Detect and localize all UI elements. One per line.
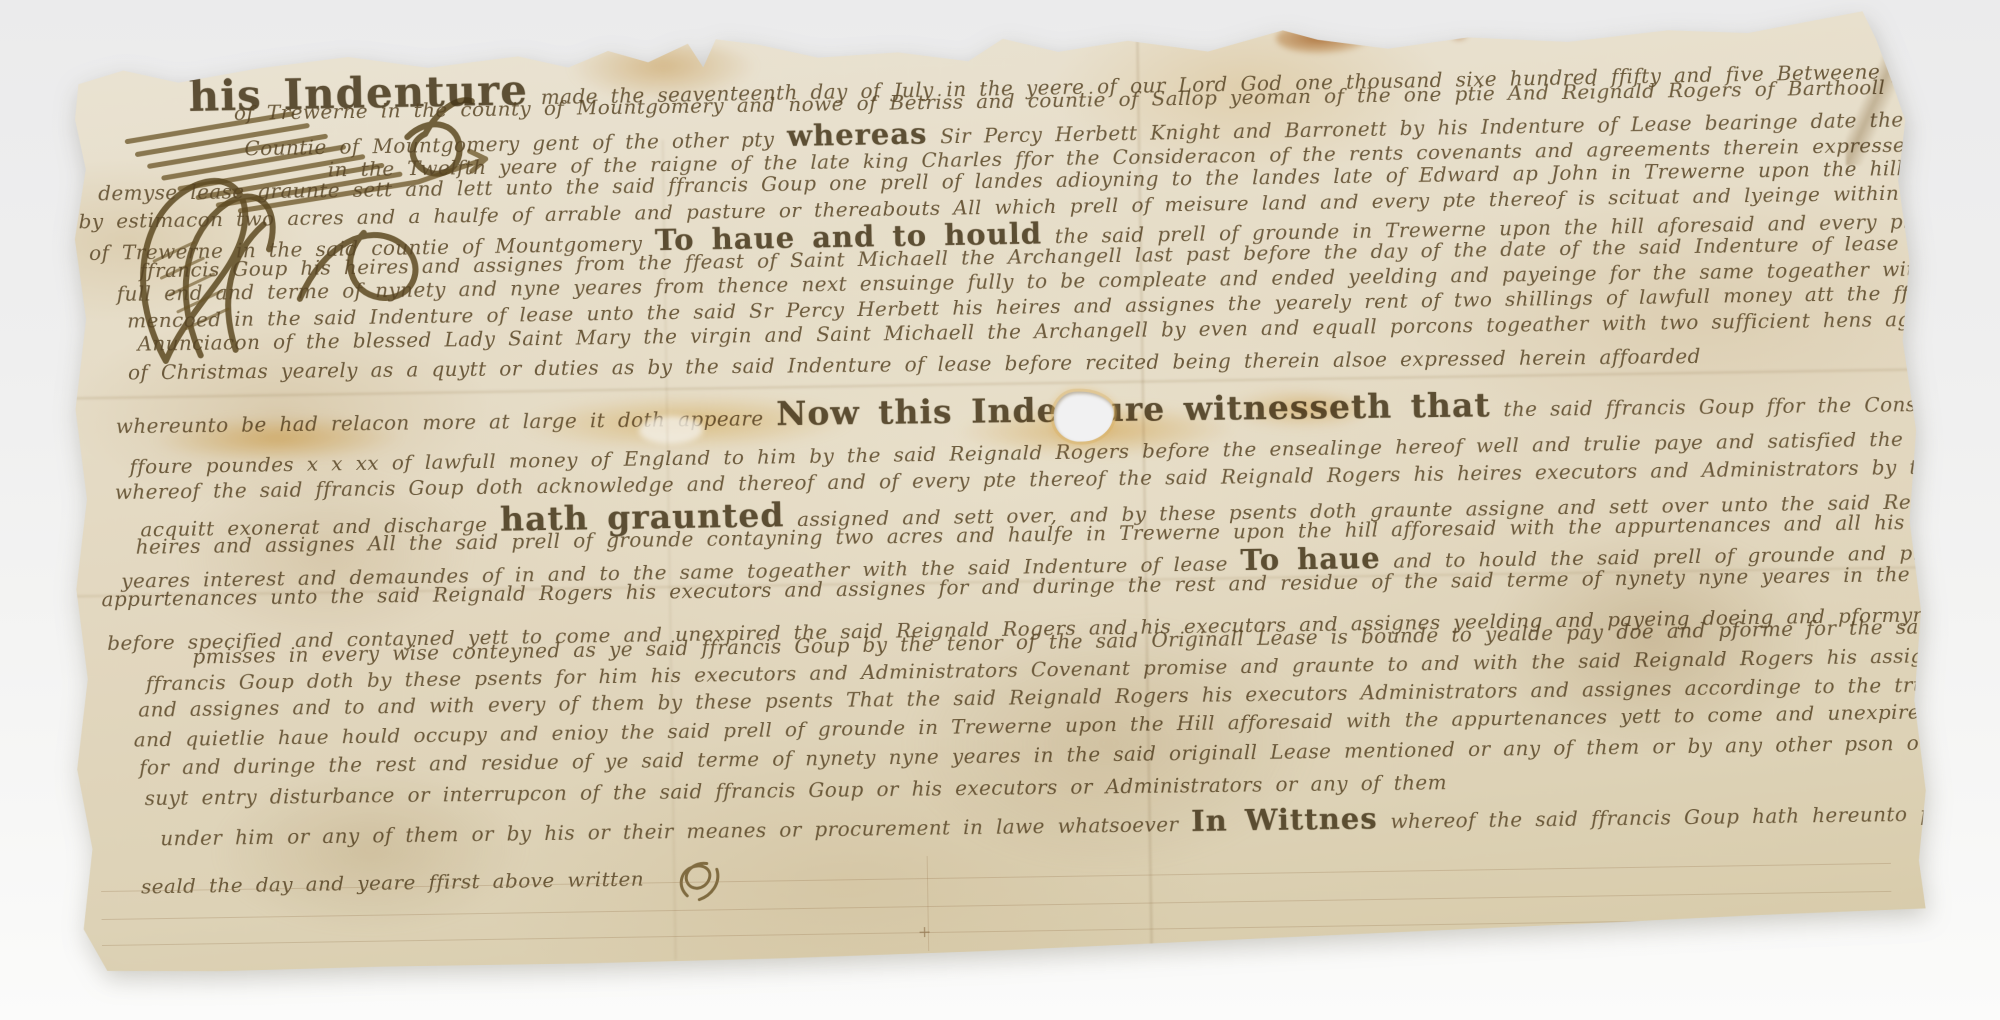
manuscript-line: seald the day and yeare ffirst above wri… xyxy=(141,868,644,896)
manuscript-text-block: his Indenture made the seaventeenth day … xyxy=(48,0,1935,989)
script-text: the said ffrancis Goup ffor the Consider… xyxy=(1490,389,2000,422)
parchment-document: his Indenture made the seaventeenth day … xyxy=(48,0,1935,989)
script-text: whereunto be had relacon more at large i… xyxy=(116,406,777,438)
photo-background: his Indenture made the seaventeenth day … xyxy=(0,0,2000,1020)
engrossed-word: did xyxy=(1931,127,1979,157)
script-text: seald the day and yeare ffirst above wri… xyxy=(141,866,644,898)
script-text: whereof the said ffrancis Goup hath here… xyxy=(1377,799,2000,834)
engrossed-word: Now this Indenture witnesseth that xyxy=(776,385,1491,433)
engrossed-word: In Wittnes xyxy=(1191,801,1378,838)
script-text: under him or any of them or by his or th… xyxy=(160,812,1191,850)
plus-mark: + xyxy=(918,922,940,936)
parchment-surface: his Indenture made the seaventeenth day … xyxy=(48,0,1935,989)
script-text: amonngst other landes xyxy=(1978,127,2000,155)
